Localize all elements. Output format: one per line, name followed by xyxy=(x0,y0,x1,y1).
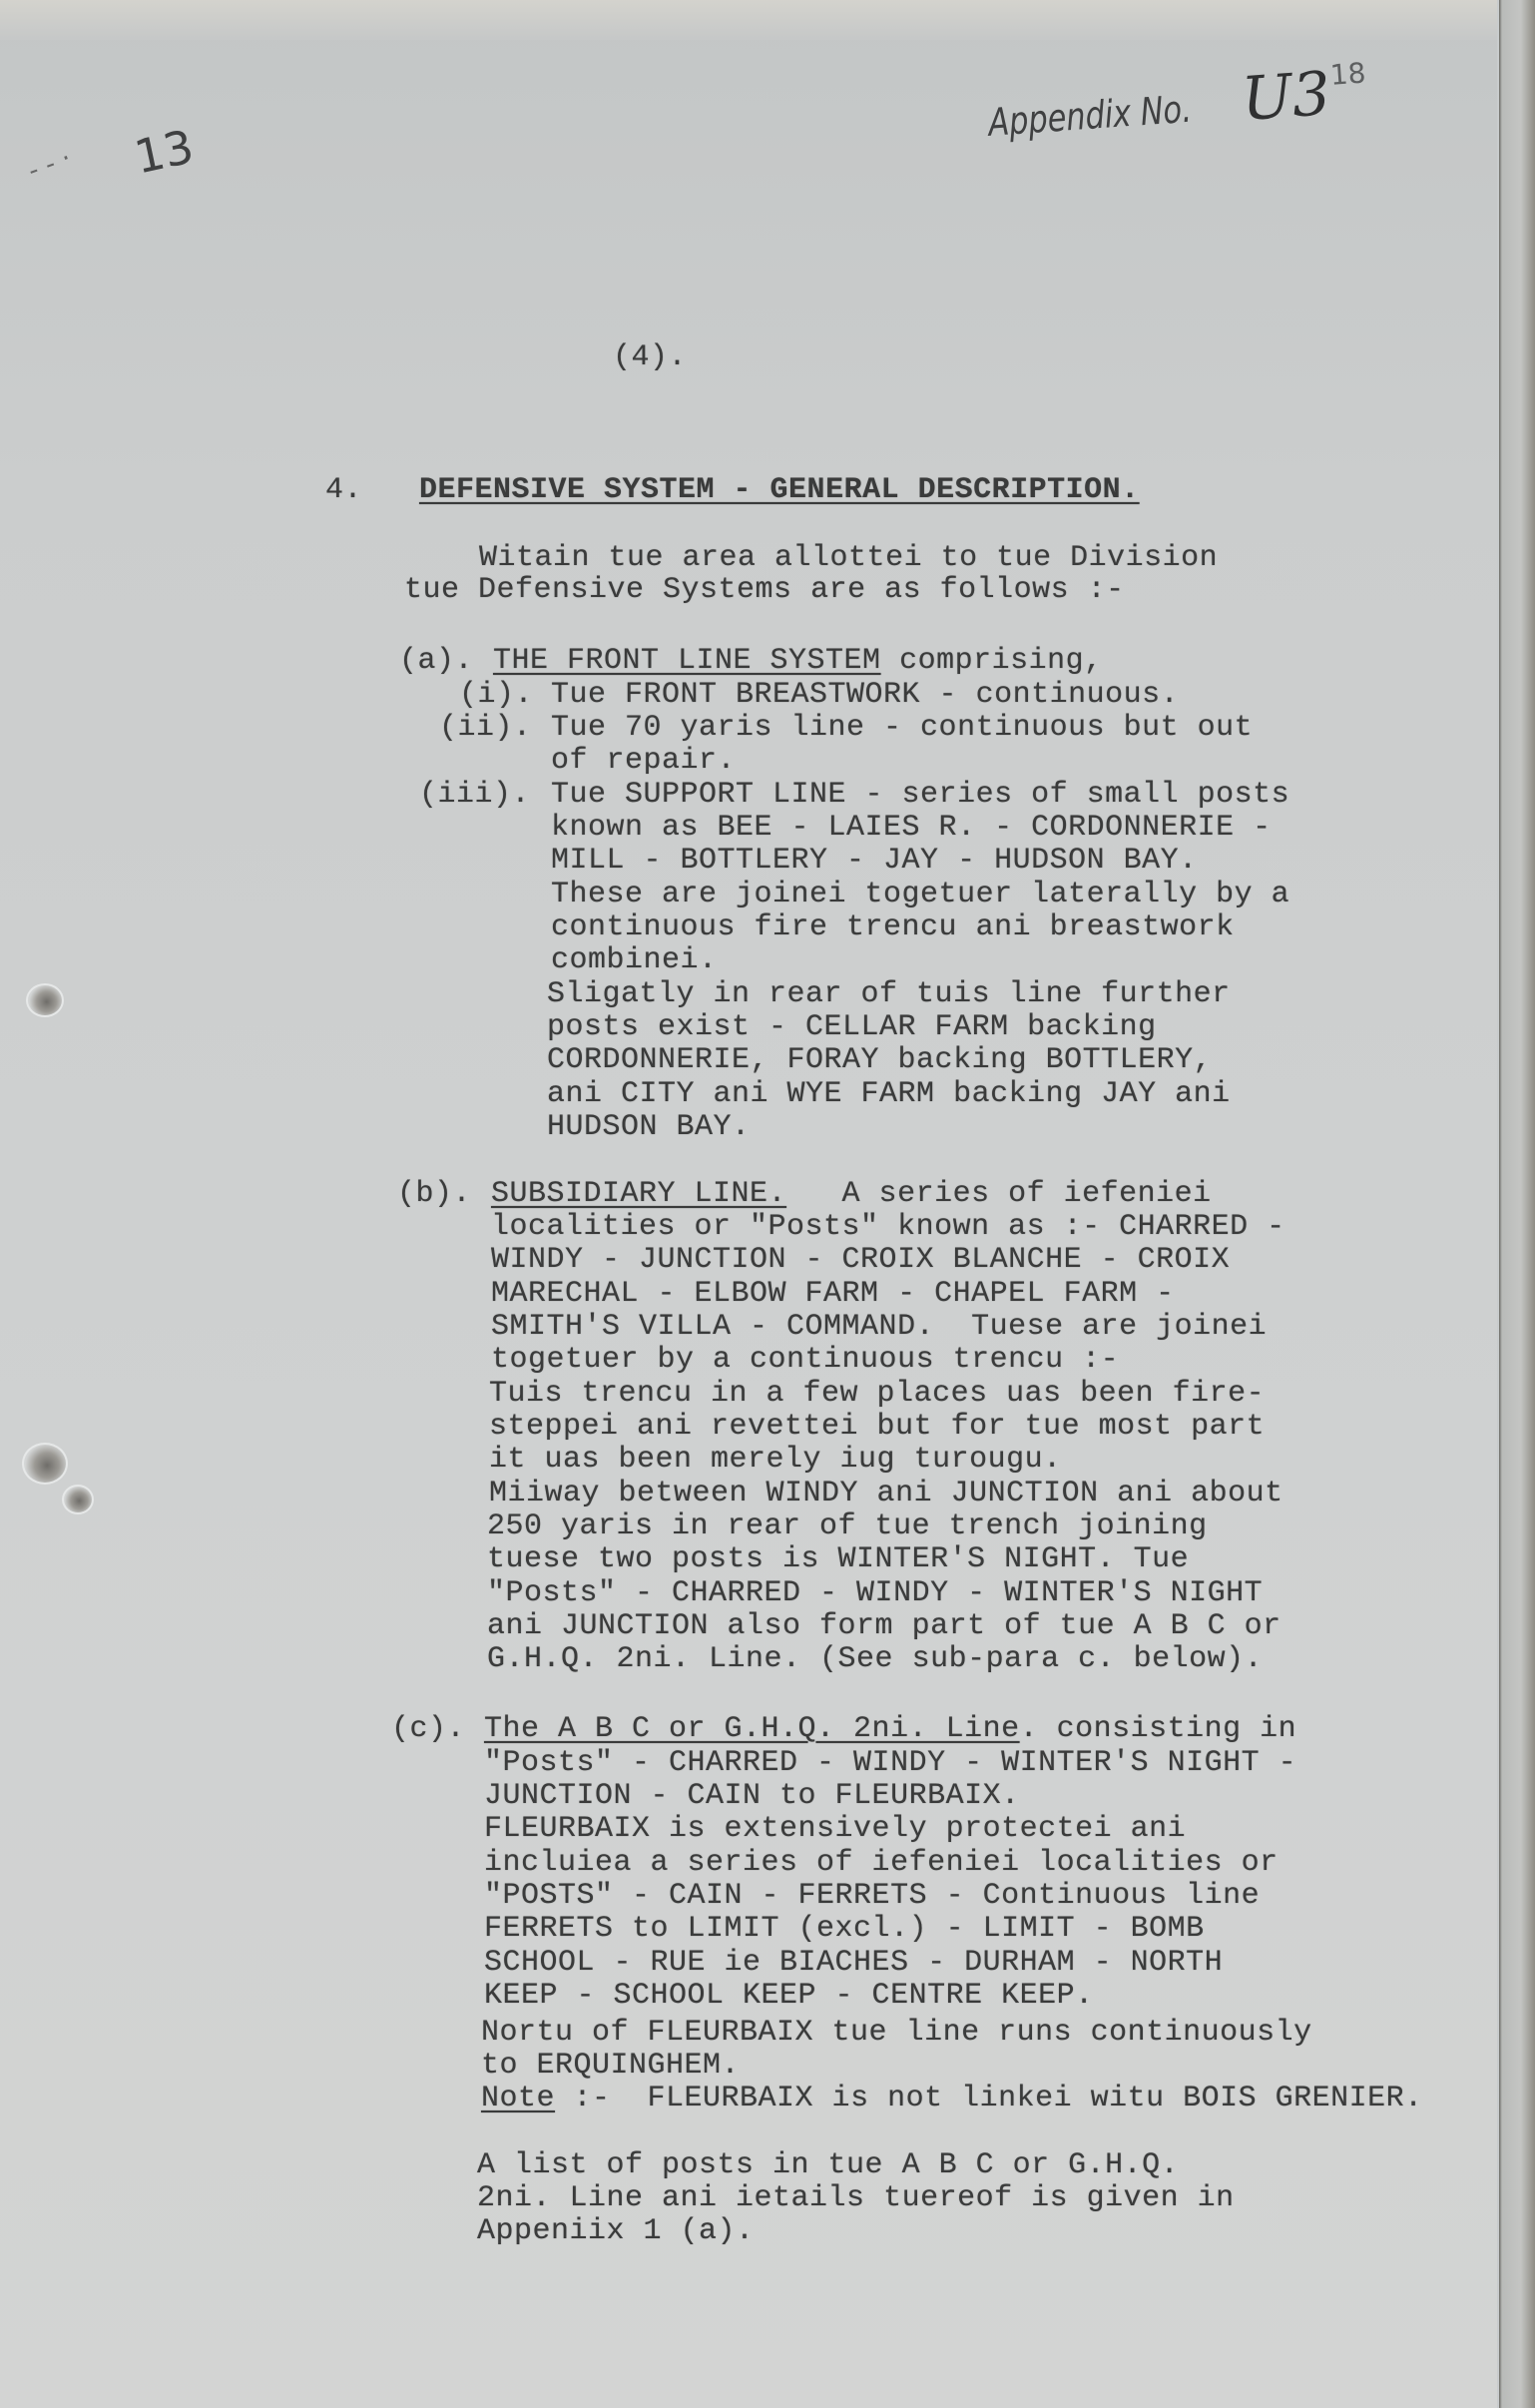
closing-line-2: 2ni. Line ani ietails tuereof is given i… xyxy=(477,2182,1235,2215)
item-a-heading-line: THE FRONT LINE SYSTEM comprising, xyxy=(493,645,1103,678)
item-c-first-line: The A B C or G.H.Q. 2ni. Line. consistin… xyxy=(484,1713,1296,1746)
item-b-marker: (b). xyxy=(397,1178,471,1211)
item-b-line-5: togetuer by a continuous trencu :- xyxy=(491,1344,1119,1377)
folio-number: 13 xyxy=(130,120,198,185)
sub-iii-line-9: CORDONNERIE, FORAY backing BOTTLERY, xyxy=(547,1044,1212,1077)
item-b-line-10: 250 yaris in rear of tue trench joining xyxy=(487,1510,1208,1543)
sub-iii-line-7: Sligatly in rear of tuis line further xyxy=(547,978,1231,1011)
item-b-line-3: MARECHAL - ELBOW FARM - CHAPEL FARM - xyxy=(491,1278,1175,1311)
item-c-line-8: KEEP - SCHOOL KEEP - CENTRE KEEP. xyxy=(484,1980,1094,2013)
item-c-line-2: JUNCTION - CAIN to FLEURBAIX. xyxy=(484,1780,1020,1813)
item-b-line-9: Miiway between WINDY ani JUNCTION ani ab… xyxy=(489,1478,1283,1510)
item-c-marker: (c). xyxy=(391,1713,465,1746)
item-a-marker: (a). xyxy=(399,645,473,678)
item-c-line-1: "Posts" - CHARRED - WINDY - WINTER'S NIG… xyxy=(484,1747,1296,1780)
intro-line-1: Witain tue area allottei to tue Division xyxy=(479,542,1218,575)
sub-iii-line-4: These are joinei togetuer laterally by a xyxy=(551,879,1289,911)
item-c-line-5: "POSTS" - CAIN - FERRETS - Continuous li… xyxy=(484,1880,1260,1913)
intro-line-2: tue Defensive Systems are as follows :- xyxy=(404,574,1125,607)
item-a-heading: THE FRONT LINE SYSTEM xyxy=(493,644,881,678)
sub-ii-line-2: of repair. xyxy=(551,745,736,778)
item-b-first-line-tail: A series of iefeniei xyxy=(786,1177,1212,1211)
punch-hole xyxy=(62,1485,94,1514)
appendix-stamp: Appendix No. U3 18 xyxy=(987,83,1244,145)
page-number: (4). xyxy=(613,341,687,374)
item-c-line-9: Nortu of FLEURBAIX tue line runs continu… xyxy=(481,2017,1312,2050)
paper-fold xyxy=(0,0,1497,40)
section-title: DEFENSIVE SYSTEM - GENERAL DESCRIPTION. xyxy=(419,474,1140,507)
item-b-line-13: ani JUNCTION also form part of tue A B C… xyxy=(487,1610,1281,1643)
item-a-heading-tail: comprising, xyxy=(881,644,1103,678)
note-line: Note :- FLEURBAIX is not linkei witu BOI… xyxy=(481,2083,1423,2115)
item-c-line-3: FLEURBAIX is extensively protectei ani xyxy=(484,1813,1186,1846)
item-c-line-10: to ERQUINGHEM. xyxy=(481,2050,740,2083)
note-label: Note xyxy=(481,2082,555,2115)
sub-iii-line-6: combinei. xyxy=(551,944,718,977)
item-c-heading: The A B C or G.H.Q. 2ni. Line xyxy=(484,1712,1020,1746)
sub-iii-line-11: HUDSON BAY. xyxy=(547,1111,751,1144)
item-c-line-4: incluiea a series of iefeniei localities… xyxy=(484,1847,1279,1880)
item-b-line-12: "Posts" - CHARRED - WINDY - WINTER'S NIG… xyxy=(487,1577,1263,1610)
item-b-line-14: G.H.Q. 2ni. Line. (See sub-para c. below… xyxy=(487,1643,1263,1676)
document-page: 13 - - · Appendix No. U3 18 (4). 4. DEFE… xyxy=(0,0,1497,2408)
sub-iii-line-3: MILL - BOTTLERY - JAY - HUDSON BAY. xyxy=(551,845,1198,878)
item-b-line-1: localities or "Posts" known as :- CHARRE… xyxy=(491,1211,1285,1244)
punch-hole xyxy=(22,1443,68,1485)
appendix-superscript: 18 xyxy=(1329,56,1367,91)
sub-i-line-1: Tue FRONT BREASTWORK - continuous. xyxy=(551,679,1179,712)
item-b-line-8: it uas been merely iug turougu. xyxy=(489,1444,1062,1477)
sub-ii-marker: (ii). xyxy=(439,712,532,745)
punch-hole xyxy=(26,983,64,1017)
sub-i-marker: (i). xyxy=(459,679,533,712)
sub-iii-line-5: continuous fire trencu ani breastwork xyxy=(551,911,1235,944)
item-b-line-7: steppei ani revettei but for tue most pa… xyxy=(489,1411,1265,1444)
item-b-line-4: SMITH'S VILLA - COMMAND. Tuese are joine… xyxy=(491,1311,1267,1344)
item-b-line-11: tuese two posts is WINTER'S NIGHT. Tue xyxy=(487,1543,1189,1576)
sub-iii-line-1: Tue SUPPORT LINE - series of small posts xyxy=(551,779,1289,812)
folio-tick-mark: - - · xyxy=(24,143,75,186)
item-b-line-6: Tuis trencu in a few places uas been fir… xyxy=(489,1378,1265,1411)
item-b-heading: SUBSIDIARY LINE. xyxy=(491,1177,786,1211)
sub-ii-line-1: Tue 70 yaris line - continuous but out xyxy=(551,712,1253,745)
sub-iii-line-8: posts exist - CELLAR FARM backing xyxy=(547,1011,1157,1044)
page-edge xyxy=(1499,0,1535,2408)
note-text: :- FLEURBAIX is not linkei witu BOIS GRE… xyxy=(555,2082,1423,2115)
section-number: 4. xyxy=(325,474,362,507)
sub-iii-line-2: known as BEE - LAIES R. - CORDONNERIE - xyxy=(551,812,1272,845)
item-c-line-6: FERRETS to LIMIT (excl.) - LIMIT - BOMB xyxy=(484,1913,1205,1946)
closing-line-3: Appeniix 1 (a). xyxy=(477,2215,755,2248)
appendix-label: Appendix No. xyxy=(987,87,1193,145)
item-b-first-line: SUBSIDIARY LINE. A series of iefeniei xyxy=(491,1178,1212,1211)
appendix-value: U3 xyxy=(1240,59,1332,135)
sub-iii-line-10: ani CITY ani WYE FARM backing JAY ani xyxy=(547,1078,1231,1111)
item-c-line-7: SCHOOL - RUE ie BIACHES - DURHAM - NORTH xyxy=(484,1947,1223,1980)
closing-line-1: A list of posts in tue A B C or G.H.Q. xyxy=(477,2149,1179,2182)
item-b-line-2: WINDY - JUNCTION - CROIX BLANCHE - CROIX xyxy=(491,1244,1230,1277)
item-c-first-line-tail: . consisting in xyxy=(1020,1712,1297,1746)
sub-iii-marker: (iii). xyxy=(419,779,530,812)
